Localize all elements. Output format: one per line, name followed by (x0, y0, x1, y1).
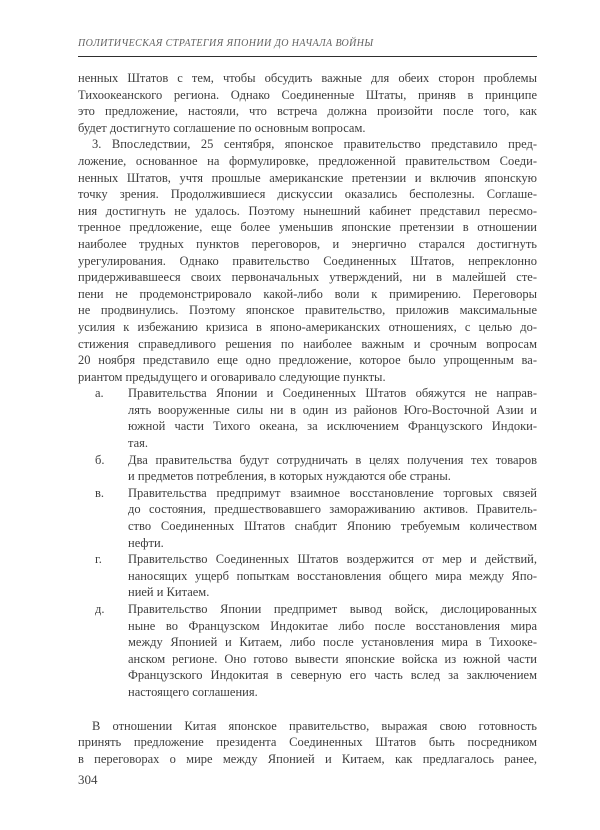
text-line: принять предложение президента Соединенн… (78, 734, 537, 751)
list-item-2: б.Два правительства будут сотрудничать в… (78, 452, 537, 485)
list-item-5: д.Правительство Японии предпримет вывод … (78, 601, 537, 701)
text-line: Правительство Соединенных Штатов воздерж… (128, 551, 537, 568)
list-item-4: г.Правительство Соединенных Штатов возде… (78, 551, 537, 601)
running-header: ПОЛИТИЧЕСКАЯ СТРАТЕГИЯ ЯПОНИИ ДО НАЧАЛА … (78, 38, 537, 49)
text-line: лять вооруженные силы ни в один из район… (128, 402, 537, 419)
list-marker: д. (95, 601, 105, 618)
list-item-text: Правительство Японии предпримет вывод во… (128, 601, 537, 701)
text-line: В отношении Китая японское правительство… (78, 718, 537, 735)
text-line: южной части Тихого океана, за исключение… (128, 418, 537, 435)
text-line: настоящего соглашения. (128, 684, 537, 701)
text-line: тая. (128, 435, 537, 452)
text-line: Французского Индокитая в северную его ча… (128, 667, 537, 684)
text-line: 20 ноября представило еще одно предложен… (78, 352, 537, 369)
text-line: ния достигнуть не удалось. Поэтому нынеш… (78, 203, 537, 220)
text-line: урегулирования. Однако правительство Сое… (78, 253, 537, 270)
text-line: ство Соединенных Штатов снабдит Японию т… (128, 518, 537, 535)
text-line: Правительства предпримут взаимное восста… (128, 485, 537, 502)
text-line: будет достигнуто соглашение по основным … (78, 120, 537, 137)
text-line: наиболее трудных пунктов переговоров, и … (78, 236, 537, 253)
text-line: не продвинулись. Поэтому японское правит… (78, 302, 537, 319)
text-line: и предметов потребления, в которых нужда… (128, 468, 537, 485)
text-line: придерживавшееся своих первоначальных ут… (78, 269, 537, 286)
text-line: до состояния, предшествовавшего заморажи… (128, 501, 537, 518)
text-line: точку зрения. Продолжившиеся дискуссии о… (78, 186, 537, 203)
text-line: стижения справедливого решения по наибол… (78, 336, 537, 353)
text-line: Правительство Японии предпримет вывод во… (128, 601, 537, 618)
text-line: нефти. (128, 535, 537, 552)
book-page: ПОЛИТИЧЕСКАЯ СТРАТЕГИЯ ЯПОНИИ ДО НАЧАЛА … (0, 0, 600, 830)
text-line: тренное предложение, еще более уменьшив … (78, 219, 537, 236)
page-number: 304 (78, 772, 98, 788)
text-line: 3. Впоследствии, 25 сентября, японское п… (78, 136, 537, 153)
paragraph: В отношении Китая японское правительство… (78, 718, 537, 768)
text-line: наносящих ущерб попыткам восстановления … (128, 568, 537, 585)
list-item-text: Два правительства будут сотрудничать в ц… (128, 452, 537, 485)
list-item-text: Правительства Японии и Соединенных Штато… (128, 385, 537, 451)
list-item-3: в.Правительства предпримут взаимное восс… (78, 485, 537, 551)
list-item-text: Правительство Соединенных Штатов воздерж… (128, 551, 537, 601)
text-line: Два правительства будут сотрудничать в ц… (128, 452, 537, 469)
text-line: пени не продемонстрировало какой-либо во… (78, 286, 537, 303)
text-line: ложение, основанное на формулировке, пре… (78, 153, 537, 170)
list-marker: б. (95, 452, 105, 469)
text-line: ненных Штатов, учтя прошлые американские… (78, 170, 537, 187)
text-line: в переговорах о мире между Японией и Кит… (78, 751, 537, 768)
paragraph: 3. Впоследствии, 25 сентября, японское п… (78, 136, 537, 385)
paragraph: ненных Штатов с тем, чтобы обсудить важн… (78, 70, 537, 136)
list-item-text: Правительства предпримут взаимное восста… (128, 485, 537, 551)
text-line: Тихоокеанского региона. Однако Соединенн… (78, 87, 537, 104)
page-body: ненных Штатов с тем, чтобы обсудить важн… (78, 70, 537, 767)
text-line: ныне во Французском Индокитае либо после… (128, 618, 537, 635)
list-marker: а. (95, 385, 104, 402)
text-line: ненных Штатов с тем, чтобы обсудить важн… (78, 70, 537, 87)
text-line: нией и Китаем. (128, 584, 537, 601)
text-line: между Японией и Китаем, либо после устан… (128, 634, 537, 651)
list-marker: г. (95, 551, 102, 568)
text-line: риантом предыдущего и оговаривало следую… (78, 369, 537, 386)
text-line: усилия к избежанию кризиса в японо-амери… (78, 319, 537, 336)
header-rule (78, 56, 537, 57)
text-line: анском регионе. Оно готово вывести японс… (128, 651, 537, 668)
list-item-1: а.Правительства Японии и Соединенных Шта… (78, 385, 537, 451)
text-line: Правительства Японии и Соединенных Штато… (128, 385, 537, 402)
text-line: это предложение, настояли, что встреча д… (78, 103, 537, 120)
list-marker: в. (95, 485, 104, 502)
